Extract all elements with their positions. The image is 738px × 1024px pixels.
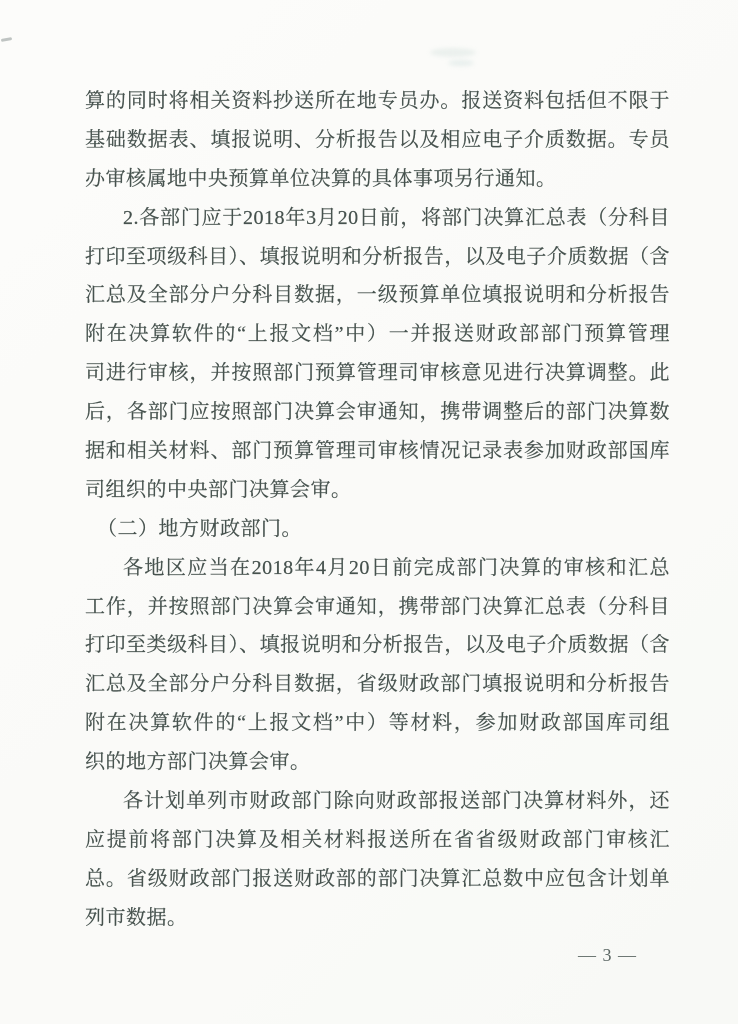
text-line: 办审核属地中央预算单位决算的具体事项另行通知。 (85, 160, 670, 199)
text-line: 算的同时将相关资料抄送所在地专员办。报送资料包括但不限于 (85, 82, 670, 121)
scan-smudge (430, 48, 476, 57)
text-line: 总。省级财政部门报送财政部的部门决算汇总数中应包含计划单 (85, 860, 670, 899)
text-line: 司组织的中央部门决算会审。 (85, 471, 670, 510)
text-line: 各地区应当在2018年4月20日前完成部门决算的审核和汇总 (85, 549, 670, 588)
text-line: 附在决算软件的“上报文档”中）一并报送财政部部门预算管理 (85, 315, 670, 354)
text-line: 汇总及全部分户分科目数据，省级财政部门填报说明和分析报告 (85, 665, 670, 704)
text-line: 工作，并按照部门决算会审通知，携带部门决算汇总表（分科目 (85, 588, 670, 627)
section-heading-line: （二）地方财政部门。 (85, 510, 670, 549)
text-line: 织的地方部门决算会审。 (85, 743, 670, 782)
text-line: 据和相关材料、部门预算管理司审核情况记录表参加财政部国库 (85, 432, 670, 471)
text-line: 附在决算软件的“上报文档”中）等材料，参加财政部国库司组 (85, 704, 670, 743)
text-line: 汇总及全部分户分科目数据，一级预算单位填报说明和分析报告 (85, 276, 670, 315)
page-number: — 3 — (578, 941, 648, 969)
text-line: 2.各部门应于2018年3月20日前，将部门决算汇总表（分科目 (85, 199, 670, 238)
text-line: 应提前将部门决算及相关材料报送所在省省级财政部门审核汇 (85, 821, 670, 860)
text-line: 基础数据表、填报说明、分析报告以及相应电子介质数据。专员 (85, 121, 670, 160)
scanned-document-page: 算的同时将相关资料抄送所在地专员办。报送资料包括但不限于 基础数据表、填报说明、… (0, 0, 738, 1024)
text-line: 各计划单列市财政部门除向财政部报送部门决算材料外，还 (85, 782, 670, 821)
scan-smudge (448, 60, 474, 66)
text-line: 打印至项级科目）、填报说明和分析报告，以及电子介质数据（含 (85, 238, 670, 277)
text-line: 后，各部门应按照部门决算会审通知，携带调整后的部门决算数 (85, 393, 670, 432)
text-line: 列市数据。 (85, 899, 670, 938)
scan-edge-artifact (1, 37, 12, 42)
text-line: 打印至类级科目）、填报说明和分析报告，以及电子介质数据（含 (85, 626, 670, 665)
text-line: 司进行审核，并按照部门预算管理司审核意见进行决算调整。此 (85, 354, 670, 393)
document-body-text: 算的同时将相关资料抄送所在地专员办。报送资料包括但不限于 基础数据表、填报说明、… (85, 82, 670, 938)
